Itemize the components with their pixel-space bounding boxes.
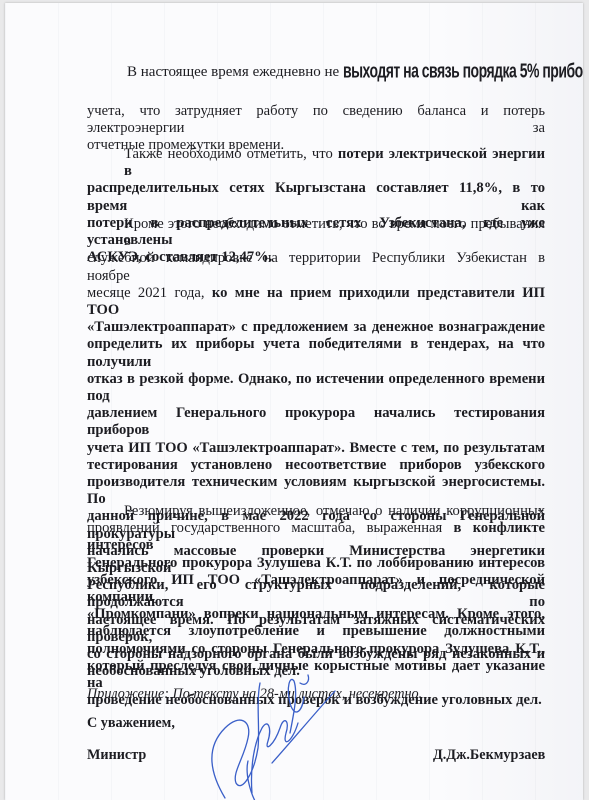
signatory-title: Министр: [87, 747, 146, 764]
text-line: Генерального прокурора Зулушева К.Т. по …: [87, 555, 545, 572]
text-line: давлением Генерального прокурора началис…: [87, 405, 545, 439]
text-line: отказ в резкой форме. Однако, по истечен…: [87, 371, 545, 405]
text-line: Резюмируя вышеизложенное, отмечаю о нали…: [87, 503, 545, 520]
first-line: В настоящее время ежедневно не выходят н…: [127, 63, 557, 81]
text-line: определить их приборы учета победителями…: [87, 336, 545, 370]
text-normal: Также необходимо отметить, что: [124, 146, 338, 162]
text-line: Также необходимо отметить, что потери эл…: [87, 146, 545, 180]
text-line: месяце 2021 года, ко мне на прием приход…: [87, 285, 545, 319]
text-line: «Ташэлектроаппарат» с предложением за де…: [87, 319, 545, 336]
closing-salutation: С уважением,: [87, 715, 175, 732]
text-line: наблюдается злоупотребление и превышение…: [87, 623, 545, 640]
text-line: распределительных сетях Кыргызстана сост…: [87, 180, 545, 214]
first-line-normal: В настоящее время ежедневно не: [127, 64, 339, 80]
text-line: тестирования установлено несоответствие …: [87, 457, 545, 474]
text-line: учета ИП ТОО «Ташэлектроаппарат». Вместе…: [87, 440, 545, 457]
text-line: узбекского ИП ТОО «Ташэлектроаппарат» и …: [87, 572, 545, 606]
text-line: «Промкомпани» вопреки национальным интер…: [87, 606, 545, 623]
text-normal: проявлений государственного масштаба, вы…: [87, 520, 454, 536]
text-line: учета, что затрудняет работу по сведению…: [87, 103, 545, 137]
text-line: служебной командировке на территории Рес…: [87, 250, 545, 284]
signatory-name: Д.Дж.Бекмурзаев: [433, 747, 545, 764]
first-line-distorted-scan: выходят на связь порядка 5% приборов: [343, 59, 583, 82]
handwritten-signature: [190, 673, 340, 800]
document-page: В настоящее время ежедневно не выходят н…: [5, 3, 583, 800]
text-line: полномочиями со стороны Генерального про…: [87, 641, 545, 658]
text-normal: месяце 2021 года,: [87, 285, 212, 301]
text-line: Кроме этого необходимо отметить, что во …: [87, 216, 545, 250]
text-line: проявлений государственного масштаба, вы…: [87, 520, 545, 554]
